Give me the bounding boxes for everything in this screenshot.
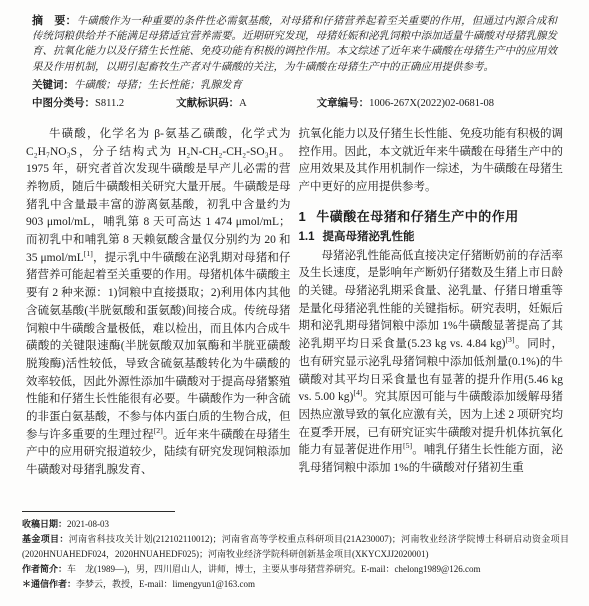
section-1-1-number: 1.1: [299, 231, 315, 243]
right-column: 抗氧化能力以及仔猪生长性能、免疫功能有积极的调控作用。因此，本文就近年来牛磺酸在…: [299, 126, 564, 484]
left-column: 牛磺酸，化学名为 β-氨基乙磺酸，化学式为 C₂H₇NO₃S，分子结构式为 H₂…: [26, 126, 291, 484]
clc-label: 中图分类号：: [32, 97, 95, 109]
doc-code-label: 文献标识码：: [176, 97, 239, 109]
corresponding-author-line: ＊通信作者：李梦云，教授，E-mail：limengyun1@163.com: [22, 577, 569, 592]
article-id-label: 文章编号：: [317, 97, 370, 109]
keywords-text: 牛磺酸；母猪；生长性能；乳腺发育: [74, 80, 242, 91]
keywords-label: 关键词：: [32, 79, 74, 91]
abstract-text: 牛磺酸作为一种重要的条件性必需氨基酸，对母猪和仔猪营养起着至关重要的作用，但通过…: [32, 16, 557, 73]
body-columns: 牛磺酸，化学名为 β-氨基乙磺酸，化学式为 C₂H₇NO₃S，分子结构式为 H₂…: [26, 126, 563, 484]
author-bio-line: 作者简介：车 龙(1989—)，男，四川眉山人，讲师，博士，主要从事母猪营养研究…: [22, 562, 569, 577]
corresponding-author-label: ＊通信作者：: [22, 579, 76, 589]
section-1-1-paragraph: 母猪泌乳性能高低直接决定仔猪断奶前的存活率及生长速度，是影响年产断奶仔猪数及生猪…: [299, 248, 564, 478]
author-bio-text: 车 龙(1989—)，男，四川眉山人，讲师，博士，主要从事母猪营养研究。E-ma…: [67, 564, 481, 574]
article-id-segment: 文章编号：1006-267X(2022)02-0681-08: [317, 98, 494, 109]
article-id-value: 1006-267X(2022)02-0681-08: [369, 98, 494, 109]
doc-code-value: A: [239, 98, 247, 109]
corresponding-author-text: 李梦云，教授，E-mail：limengyun1@163.com: [76, 579, 255, 589]
section-1-title: 牛磺酸在母猪和仔猪生产中的作用: [316, 209, 519, 224]
fund-project-line: 基金项目：河南省科技攻关计划(212102110012)；河南省高等学校重点科研…: [22, 532, 569, 562]
section-1-1-title: 提高母猪泌乳性能: [323, 231, 415, 243]
fund-project-label: 基金项目：: [22, 534, 69, 544]
section-1-1-heading: 1.1提高母猪泌乳性能: [299, 229, 564, 246]
author-bio-label: 作者简介：: [22, 564, 67, 574]
abstract-block: 摘 要：牛磺酸作为一种重要的条件性必需氨基酸，对母猪和仔猪营养起着至关重要的作用…: [32, 14, 557, 75]
intro-paragraph: 牛磺酸，化学名为 β-氨基乙磺酸，化学式为 C₂H₇NO₃S，分子结构式为 H₂…: [26, 126, 291, 480]
footnote-block: 收稿日期：2021-08-03 基金项目：河南省科技攻关计划(212102110…: [22, 511, 569, 592]
section-1-heading: 1牛磺酸在母猪和仔猪生产中的作用: [299, 208, 564, 226]
classification-line: 中图分类号：S811.2文献标识码：A文章编号：1006-267X(2022)0…: [32, 96, 557, 111]
paper-page: 摘 要：牛磺酸作为一种重要的条件性必需氨基酸，对母猪和仔猪营养起着至关重要的作用…: [0, 0, 589, 606]
footnote-divider: [22, 511, 175, 512]
clc-segment: 中图分类号：S811.2: [32, 98, 124, 109]
doc-code-segment: 文献标识码：A: [176, 98, 247, 109]
keywords-line: 关键词：牛磺酸；母猪；生长性能；乳腺发育: [32, 78, 557, 93]
fund-project-text: 河南省科技攻关计划(212102110012)；河南省高等学校重点科研项目(21…: [22, 534, 569, 559]
abstract-label: 摘 要：: [32, 15, 77, 27]
received-date-line: 收稿日期：2021-08-03: [22, 517, 569, 532]
clc-value: S811.2: [95, 98, 124, 109]
intro-paragraph-continued: 抗氧化能力以及仔猪生长性能、免疫功能有积极的调控作用。因此，本文就近年来牛磺酸在…: [299, 126, 564, 197]
received-date-label: 收稿日期：: [22, 519, 67, 529]
section-1-number: 1: [299, 209, 307, 224]
received-date-value: 2021-08-03: [67, 519, 109, 529]
